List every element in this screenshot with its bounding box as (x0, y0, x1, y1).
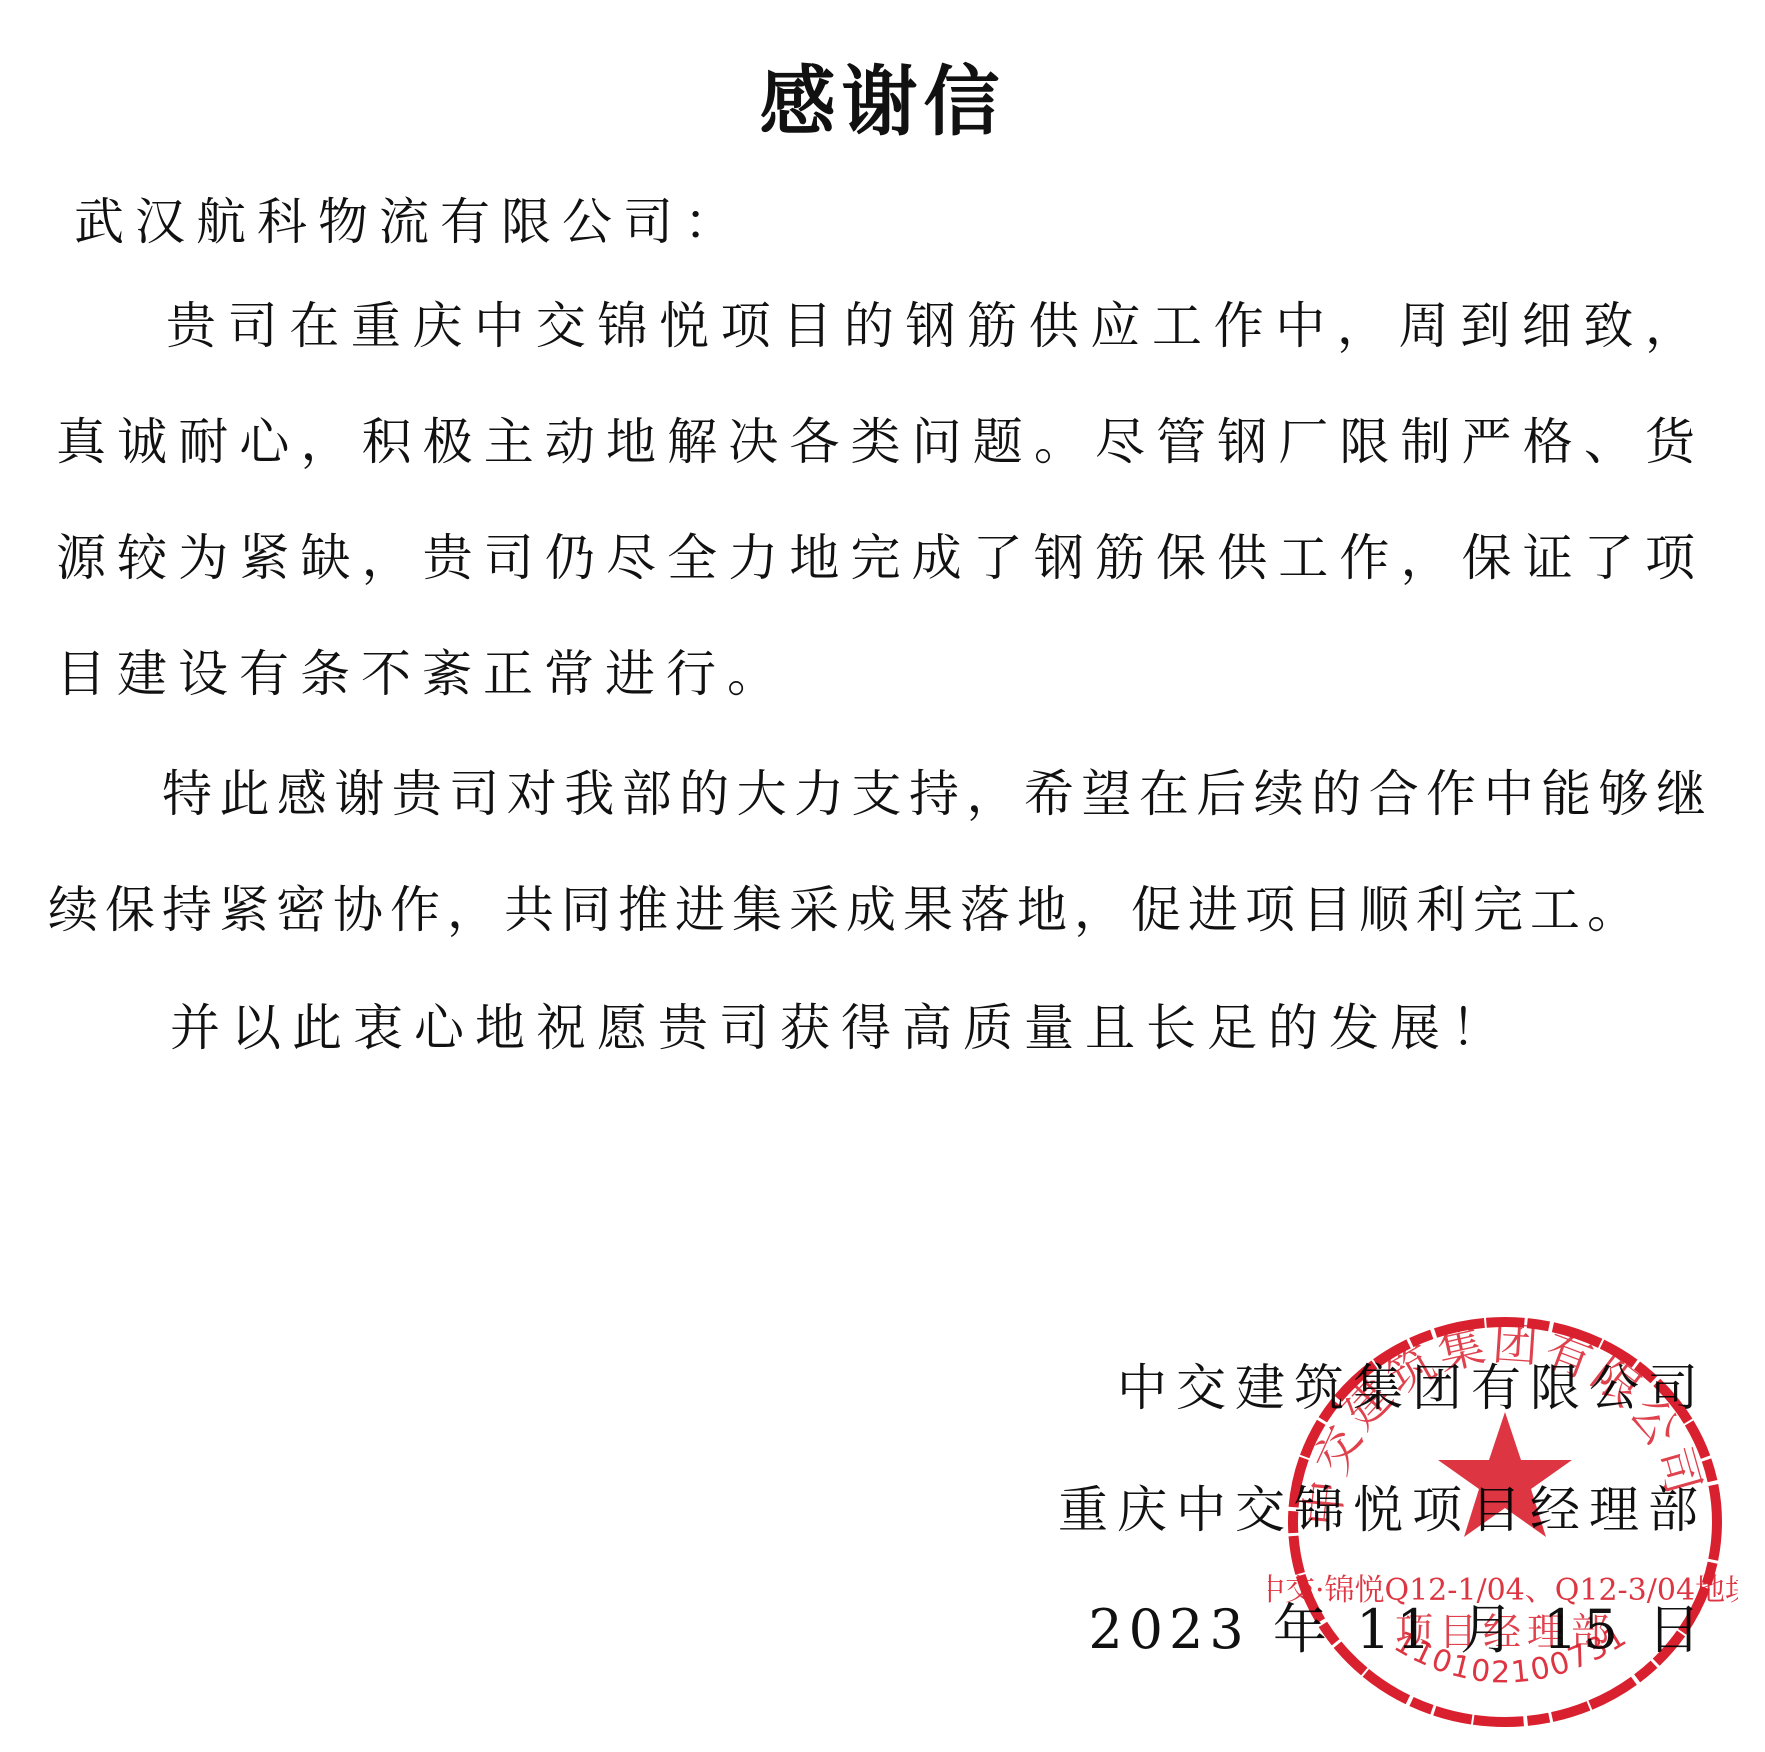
letter-title: 感谢信 (0, 52, 1765, 152)
signature-company: 中交建筑集团有限公司 (1117, 1348, 1707, 1428)
salutation: 武汉航科物流有限公司： (74, 182, 745, 262)
signature-date: 2023 年 11 月 15 日 (1088, 1590, 1707, 1670)
signature-department: 重庆中交锦悦项目经理部 (1058, 1470, 1707, 1550)
body-paragraph-3: 并以此衷心地祝愿贵司获得高质量且长足的发展！ (56, 970, 1706, 1086)
body-paragraph-1: 贵司在重庆中交锦悦项目的钢筋供应工作中，周到细致，真诚耐心，积极主动地解决各类问… (56, 268, 1706, 732)
body-paragraph-2: 特此感谢贵司对我部的大力支持，希望在后续的合作中能够继续保持紧密协作，共同推进集… (48, 736, 1713, 968)
